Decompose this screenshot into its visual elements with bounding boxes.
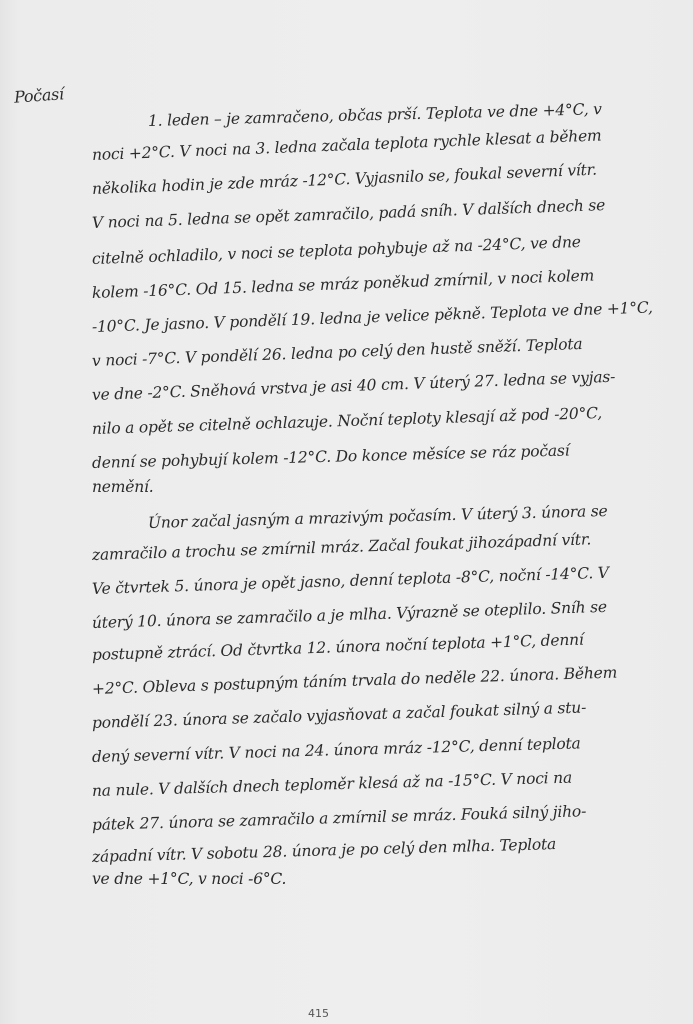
text-line: pátek 27. února se zamračilo a zmírnil s… <box>92 802 587 834</box>
text-line: úterý 10. února se zamračilo a je mlha. … <box>92 598 607 632</box>
text-line: západní vítr. V sobotu 28. února je po c… <box>92 835 557 866</box>
text-line: denní se pohybují kolem -12°C. Do konce … <box>92 442 570 472</box>
text-line: noci +2°C. V noci na 3. ledna začala tep… <box>92 126 602 164</box>
text-line: dený severní vítr. V noci na 24. února m… <box>92 734 581 766</box>
text-line: nemění. <box>92 478 154 496</box>
margin-heading: Počasí <box>13 84 64 106</box>
text-line: -10°C. Je jasno. V pondělí 19. ledna je … <box>92 298 653 336</box>
text-line: na nule. V dalších dnech teploměr klesá … <box>92 769 572 800</box>
text-line: zamračilo a trochu se zmírnil mráz. Zača… <box>92 530 592 564</box>
text-line: pondělí 23. února se začalo vyjasňovat a… <box>92 698 587 732</box>
text-line: +2°C. Oblevа s postupným táním trvala do… <box>92 664 618 698</box>
text-line: ve dne -2°C. Sněhová vrstva je asi 40 cm… <box>92 368 616 404</box>
text-line: v noci -7°C. V pondělí 26. ledna po celý… <box>92 335 583 370</box>
text-line: postupně ztrácí. Od čtvrtka 12. února no… <box>92 631 584 664</box>
text-line: citelně ochladilo, v noci se teplota poh… <box>92 233 581 268</box>
text-line: ve dne +1°C, v noci -6°C. <box>92 870 286 888</box>
text-line: V noci na 5. ledna se opět zamračilo, pa… <box>92 196 606 232</box>
text-line: Únor začal jasným a mrazivým počasím. V … <box>148 502 608 532</box>
text-line: několika hodin je zde mráz -12°C. Vyjasn… <box>92 161 598 198</box>
text-line: nilo a opět se citelně ochlazuje. Noční … <box>92 404 603 438</box>
text-line: 1. leden – je zamračeno, občas prší. Tep… <box>148 100 602 130</box>
text-line: kolem -16°C. Od 15. ledna se mráz poněku… <box>92 266 595 302</box>
page-number: 415 <box>308 1007 329 1020</box>
text-line: Ve čtvrtek 5. února je opět jasno, denní… <box>92 564 609 598</box>
handwritten-chronicle-page: Počasí 1. leden – je zamračeno, občas pr… <box>0 0 693 1024</box>
